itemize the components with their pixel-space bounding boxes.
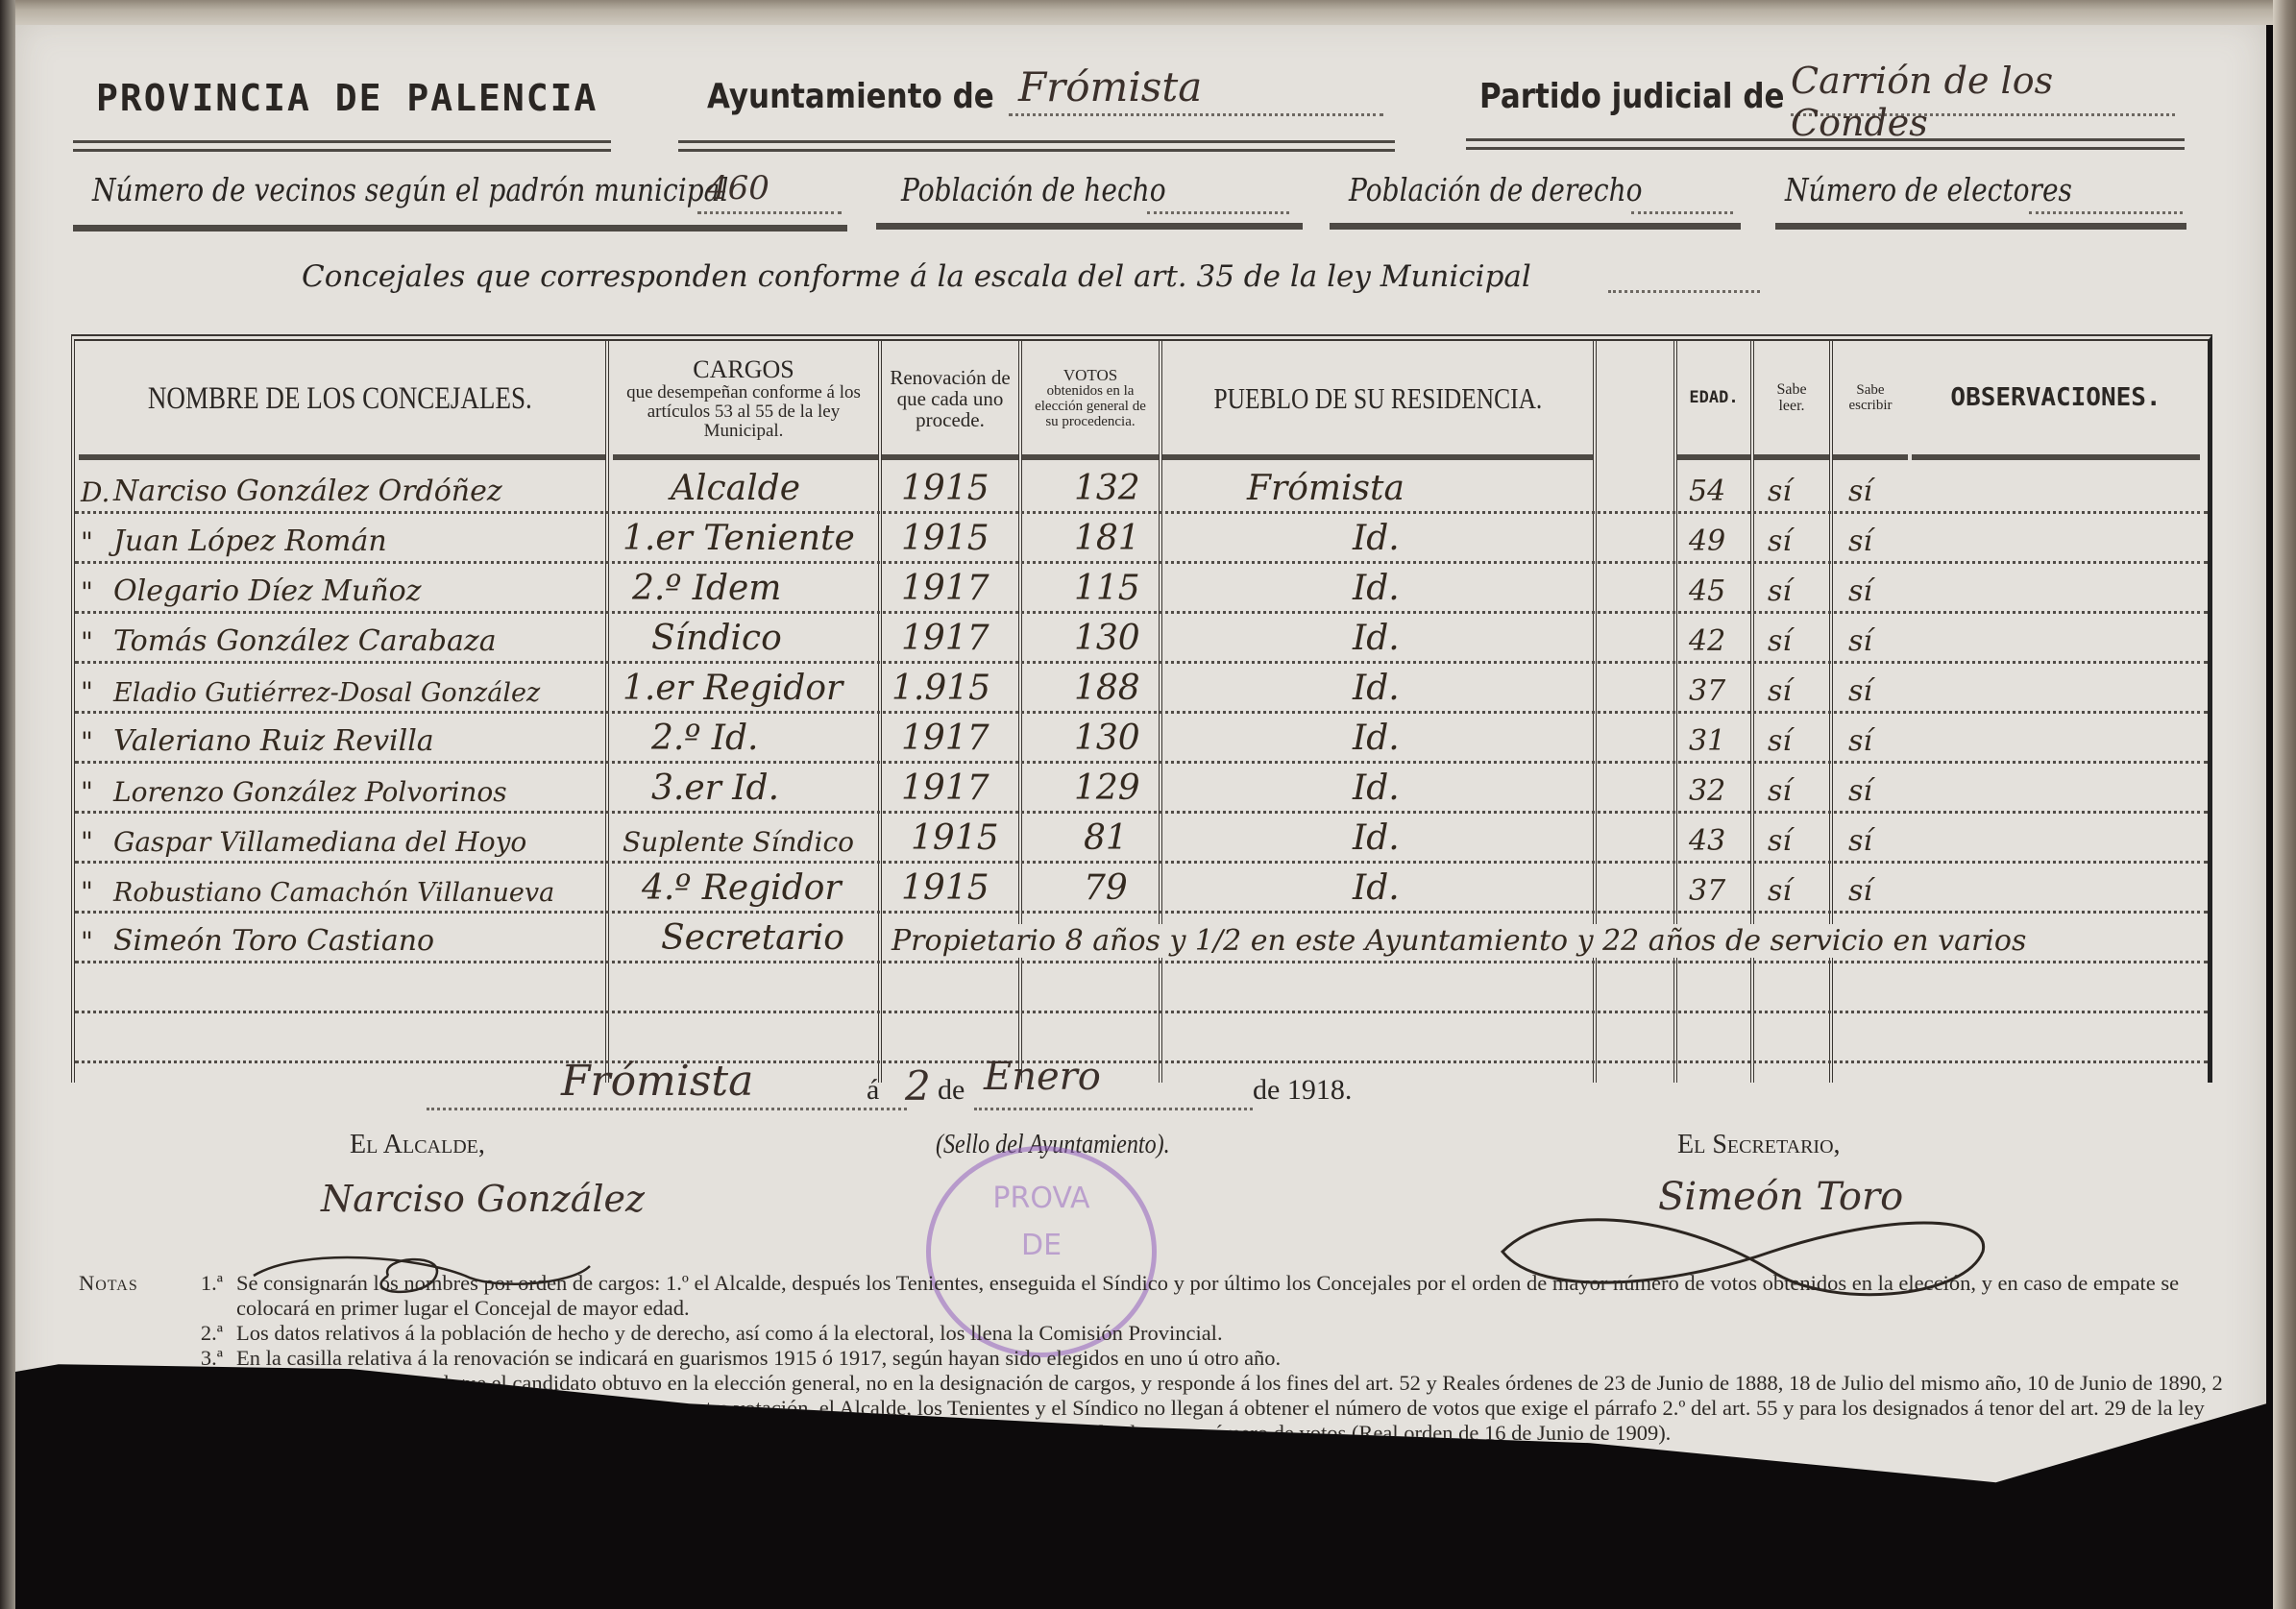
partido-label: Partido judicial de: [1479, 77, 1784, 116]
cell-edad: 45: [1689, 574, 1725, 608]
cell-edad: 43: [1689, 824, 1725, 858]
header-rule: [1162, 454, 1593, 460]
cell-cargo: 3.er Id.: [651, 768, 779, 808]
month-dotline: [974, 1098, 1253, 1110]
cell-nombre: Valeriano Ruiz Revilla: [113, 724, 434, 758]
note-item: 5.ª Además de los nombres de los individ…: [79, 1446, 2240, 1471]
cell-escribir: sí: [1848, 624, 1872, 658]
cell-pueblo: Id.: [1353, 719, 1400, 758]
subtitle-dotline: [1608, 271, 1760, 293]
rule: [1775, 223, 2186, 230]
col-header-cargos: CARGOS que desempeñan conforme á los art…: [609, 351, 878, 447]
cell-pueblo: Id.: [1353, 669, 1400, 708]
poblacion-hecho-label: Población de hecho: [901, 171, 1166, 208]
cell-renovacion: 1915: [911, 818, 999, 858]
poblacion-hecho-field[interactable]: [1147, 169, 1289, 214]
partido-field[interactable]: Carrión de los Condes: [1791, 60, 2175, 116]
cell-pueblo: Id.: [1353, 818, 1400, 858]
header-rule: [1677, 454, 1750, 460]
cell-nombre: Simeón Toro Castiano: [113, 924, 434, 958]
cell-votos: 132: [1074, 469, 1140, 508]
cell-nombre: Olegario Díez Muñoz: [113, 574, 422, 608]
cell-cargo: 1.er Regidor: [623, 669, 843, 708]
cell-edad: 32: [1689, 774, 1725, 808]
cell-leer: sí: [1768, 774, 1792, 808]
cell-renovacion: 1917: [901, 569, 989, 608]
notes-section: Notas 1.ª Se consignarán los nombres por…: [79, 1271, 2240, 1471]
table-row[interactable]: " Lorenzo González Polvorinos 3.er Id. 1…: [75, 764, 2208, 814]
cell-votos: 81: [1084, 818, 1128, 858]
cell-pueblo: Id.: [1353, 768, 1400, 808]
cell-nombre: Tomás González Carabaza: [113, 624, 497, 658]
cell-cargo: 2.º Idem: [632, 569, 781, 608]
date-day[interactable]: 2: [905, 1062, 931, 1109]
header-rule: [613, 454, 878, 460]
cell-pueblo: Id.: [1353, 868, 1400, 908]
cell-renovacion: 1917: [901, 619, 989, 658]
binding-edge: [0, 0, 15, 1609]
rule: [73, 140, 611, 152]
rule: [876, 223, 1303, 230]
cell-leer: sí: [1768, 574, 1792, 608]
date-a: á: [867, 1074, 879, 1107]
cell-edad: 37: [1689, 874, 1725, 908]
cell-votos: 188: [1074, 669, 1140, 708]
cell-nombre: Juan López Román: [113, 524, 387, 558]
header-rule: [1022, 454, 1159, 460]
poblacion-derecho-label: Población de derecho: [1349, 171, 1643, 208]
cell-votos: 129: [1074, 768, 1140, 808]
table-row[interactable]: " Eladio Gutiérrez-Dosal González 1.er R…: [75, 664, 2208, 714]
cell-leer: sí: [1768, 524, 1792, 558]
secretario-label: El Secretario,: [1677, 1130, 1841, 1160]
cell-cargo: 1.er Teniente: [623, 519, 855, 558]
header-rule: [1754, 454, 1829, 460]
page-top-edge: [0, 0, 2296, 25]
cell-edad: 42: [1689, 624, 1725, 658]
date-month[interactable]: Enero: [984, 1055, 1101, 1099]
cell-renovacion: 1915: [901, 469, 989, 508]
table-row[interactable]: " Simeón Toro Castiano Secretario Propie…: [75, 914, 2208, 963]
cell-escribir: sí: [1848, 874, 1872, 908]
table-row[interactable]: " Olegario Díez Muñoz 2.º Idem 1917 115 …: [75, 564, 2208, 614]
note-item: Notas 1.ª Se consignarán los nombres por…: [79, 1271, 2240, 1321]
cell-leer: sí: [1768, 624, 1792, 658]
electores-field[interactable]: [2029, 169, 2183, 214]
cell-votos: 115: [1074, 569, 1140, 608]
cell-pueblo: Id.: [1353, 619, 1400, 658]
cell-cargo: Alcalde: [671, 469, 800, 508]
cell-escribir: sí: [1848, 524, 1872, 558]
cell-escribir: sí: [1848, 674, 1872, 708]
col-header-votos: VOTOS obtenidos en la elección general d…: [1022, 351, 1159, 447]
date-year: de 1918.: [1253, 1074, 1352, 1107]
cell-edad: 49: [1689, 524, 1725, 558]
cell-cargo: 2.º Id.: [651, 719, 758, 758]
header-rule: [882, 454, 1018, 460]
table-row[interactable]: " Tomás González Carabaza Síndico 1917 1…: [75, 614, 2208, 664]
cell-votos: 181: [1074, 519, 1140, 558]
cell-edad: 31: [1689, 724, 1725, 758]
cell-observacion: Propietario 8 años y 1/2 en este Ayuntam…: [892, 924, 2032, 958]
cell-pueblo: Id.: [1353, 519, 1400, 558]
cell-nombre: Eladio Gutiérrez-Dosal González: [113, 678, 540, 708]
col-header-edad: EDAD.: [1677, 351, 1750, 447]
col-header-observaciones: OBSERVACIONES.: [1912, 351, 2200, 447]
cell-cargo: 4.º Regidor: [642, 868, 842, 908]
concejales-table: NOMBRE DE LOS CONCEJALES. CARGOS que des…: [71, 334, 2212, 1083]
partido-value: Carrión de los Condes: [1791, 60, 2053, 144]
col-header-sabe-escribir: Sabeescribir: [1833, 351, 1908, 447]
table-row[interactable]: " Valeriano Ruiz Revilla 2.º Id. 1917 13…: [75, 714, 2208, 764]
rule: [678, 140, 1395, 152]
date-de: de: [938, 1074, 965, 1107]
poblacion-derecho-field[interactable]: [1631, 169, 1733, 214]
cell-cargo: Síndico: [651, 619, 782, 658]
cell-renovacion: 1917: [901, 719, 989, 758]
cell-leer: sí: [1768, 824, 1792, 858]
cell-escribir: sí: [1848, 724, 1872, 758]
cell-escribir: sí: [1848, 475, 1872, 508]
note-item: 2.ª Los datos relativos á la población d…: [79, 1321, 2240, 1346]
rule: [73, 225, 847, 232]
page-right-edge: [2273, 0, 2296, 1609]
alcalde-label: El Alcalde,: [350, 1130, 485, 1160]
cell-renovacion: 1915: [901, 519, 989, 558]
table-row-empty[interactable]: [75, 1013, 2208, 1063]
col-header-nombre: NOMBRE DE LOS CONCEJALES.: [75, 351, 605, 447]
col-header-pueblo: PUEBLO DE SU RESIDENCIA.: [1162, 351, 1593, 447]
cell-edad: 37: [1689, 674, 1725, 708]
cell-escribir: sí: [1848, 574, 1872, 608]
cell-cargo: Secretario: [661, 918, 844, 958]
cell-leer: sí: [1768, 724, 1792, 758]
cell-votos: 130: [1074, 719, 1140, 758]
cell-leer: sí: [1768, 874, 1792, 908]
cell-nombre: Robustiano Camachón Villanueva: [113, 878, 554, 908]
header-rule: [1912, 454, 2200, 460]
place-value[interactable]: Frómista: [561, 1057, 753, 1106]
alcalde-signature: Narciso González: [321, 1178, 645, 1220]
cell-renovacion: 1.915: [892, 669, 990, 708]
subtitle: Concejales que corresponden conforme á l…: [302, 259, 1531, 294]
cell-edad: 54: [1689, 475, 1725, 508]
col-header-sabe-leer: Sabeleer.: [1754, 351, 1829, 447]
cell-renovacion: 1915: [901, 868, 989, 908]
cell-renovacion: 1917: [901, 768, 989, 808]
cell-leer: sí: [1768, 475, 1792, 508]
cell-cargo: Suplente Síndico: [623, 826, 854, 858]
header-rule: [1833, 454, 1908, 460]
cell-votos: 130: [1074, 619, 1140, 658]
cell-nombre: Gaspar Villamediana del Hoyo: [113, 826, 526, 858]
ayuntamiento-field[interactable]: Frómista: [1009, 63, 1383, 116]
ayuntamiento-label: Ayuntamiento de: [707, 77, 994, 116]
col-header-renovacion: Renovación de que cada uno procede.: [882, 351, 1018, 447]
province-title: PROVINCIA DE PALENCIA: [96, 77, 598, 119]
table-row[interactable]: D. Narciso González Ordóñez Alcalde 1915…: [75, 464, 2208, 514]
cell-nombre: Lorenzo González Polvorinos: [113, 776, 507, 808]
ayuntamiento-value: Frómista: [1018, 63, 1202, 110]
table-row-empty[interactable]: [75, 963, 2208, 1013]
notes-label: Notas: [79, 1271, 156, 1321]
document-page: PROVINCIA DE PALENCIA Ayuntamiento de Fr…: [13, 17, 2266, 1593]
cell-pueblo: Id.: [1353, 569, 1400, 608]
vecinos-field[interactable]: 460: [697, 169, 842, 214]
rule: [1330, 223, 1741, 230]
cell-escribir: sí: [1848, 824, 1872, 858]
cell-votos: 79: [1084, 868, 1128, 908]
rule: [1466, 138, 2185, 150]
note-item: 4.ª El número de votos es el que el cand…: [79, 1371, 2240, 1446]
cell-escribir: sí: [1848, 774, 1872, 808]
note-item: 3.ª En la casilla relativa á la renovaci…: [79, 1346, 2240, 1371]
header-rule: [79, 454, 605, 460]
vecinos-label: Número de vecinos según el padrón munici…: [92, 171, 728, 208]
table-row[interactable]: " Robustiano Camachón Villanueva 4.º Reg…: [75, 864, 2208, 914]
table-row[interactable]: " Gaspar Villamediana del Hoyo Suplente …: [75, 814, 2208, 864]
table-row[interactable]: " Juan López Román 1.er Teniente 1915 18…: [75, 514, 2208, 564]
cell-pueblo: Frómista: [1247, 469, 1404, 508]
cell-nombre: Narciso González Ordóñez: [113, 475, 502, 508]
cell-leer: sí: [1768, 674, 1792, 708]
vecinos-value: 460: [707, 169, 769, 207]
